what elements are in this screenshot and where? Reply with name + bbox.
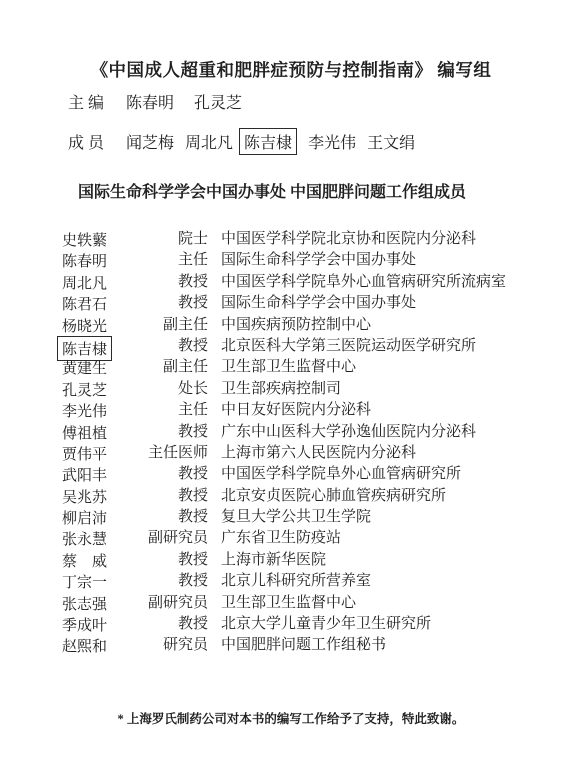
roster-name-cell: 贾伟平 bbox=[62, 443, 134, 466]
roster-affiliation: 中国医学科学院北京协和医院内分泌科 bbox=[208, 229, 572, 252]
roster-title: 副主任 bbox=[134, 357, 208, 380]
roster-title: 主任 bbox=[134, 400, 208, 423]
roster-name: 陈春明 bbox=[62, 250, 107, 271]
roster-affiliation: 卫生部疾病控制司 bbox=[208, 379, 572, 402]
roster-row: 李光伟主任中日友好医院内分泌科 bbox=[62, 400, 572, 421]
roster-row: 武阳丰教授中国医学科学院阜外心血管病研究所 bbox=[62, 464, 572, 485]
member-name: 王文绢 bbox=[367, 130, 415, 153]
roster-row: 傅祖植教授广东中山医科大学孙逸仙医院内分泌科 bbox=[62, 422, 572, 443]
roster-affiliation: 卫生部卫生监督中心 bbox=[208, 357, 572, 380]
roster-affiliation: 中国疾病预防控制中心 bbox=[208, 315, 572, 338]
roster-title: 主任 bbox=[134, 250, 208, 273]
chief-editors-list: 陈春明孔灵芝 bbox=[126, 90, 262, 113]
roster-name: 黄建生 bbox=[62, 357, 107, 378]
roster-row: 史轶蘩院士中国医学科学院北京协和医院内分泌科 bbox=[62, 229, 572, 250]
roster-row: 黄建生副主任卫生部卫生监督中心 bbox=[62, 357, 572, 378]
members-row: 成员 闻芝梅周北凡陈吉棣李光伟王文绢 bbox=[68, 128, 426, 155]
roster-title: 教授 bbox=[134, 550, 208, 573]
roster-name-cell: 陈君石 bbox=[62, 293, 134, 316]
roster-name-cell: 黄建生 bbox=[62, 357, 134, 380]
roster-title: 教授 bbox=[134, 464, 208, 487]
roster-name-cell: 孔灵芝 bbox=[62, 379, 134, 402]
roster-affiliation: 中国医学科学院阜外心血管病研究所 bbox=[208, 464, 572, 487]
roster-name: 丁宗一 bbox=[62, 571, 107, 592]
roster-affiliation: 中日友好医院内分泌科 bbox=[208, 400, 572, 423]
roster-affiliation: 上海市新华医院 bbox=[208, 550, 572, 573]
roster-title: 院士 bbox=[134, 229, 208, 252]
member-name: 陈吉棣 bbox=[239, 128, 297, 155]
roster-name: 季成叶 bbox=[62, 614, 107, 635]
roster-name-cell: 史轶蘩 bbox=[62, 229, 134, 252]
roster-row: 孔灵芝处长卫生部疾病控制司 bbox=[62, 379, 572, 400]
roster-affiliation: 北京儿科研究所营养室 bbox=[208, 571, 572, 594]
roster-title: 教授 bbox=[134, 507, 208, 530]
roster-affiliation: 广东中山医科大学孙逸仙医院内分泌科 bbox=[208, 422, 572, 445]
roster-name: 张志强 bbox=[62, 593, 107, 614]
roster-name-cell: 赵熙和 bbox=[62, 635, 134, 658]
document-page: 《中国成人超重和肥胖症预防与控制指南》 编写组 主编 陈春明孔灵芝 成员 闻芝梅… bbox=[0, 0, 582, 762]
roster-name: 蔡 威 bbox=[62, 550, 107, 571]
roster-title: 副研究员 bbox=[134, 593, 208, 616]
roster-name: 李光伟 bbox=[62, 400, 107, 421]
chief-editor-label: 主编 bbox=[68, 90, 108, 113]
members-list: 闻芝梅周北凡陈吉棣李光伟王文绢 bbox=[126, 128, 426, 155]
roster-name: 杨晓光 bbox=[62, 315, 107, 336]
roster-affiliation: 北京大学儿童青少年卫生研究所 bbox=[208, 614, 572, 637]
roster-affiliation: 北京安贞医院心肺血管疾病研究所 bbox=[208, 486, 572, 509]
roster-table: 史轶蘩院士中国医学科学院北京协和医院内分泌科陈春明主任国际生命科学学会中国办事处… bbox=[62, 229, 572, 657]
roster-name: 武阳丰 bbox=[62, 464, 107, 485]
roster-name-cell: 季成叶 bbox=[62, 614, 134, 637]
roster-name-cell: 丁宗一 bbox=[62, 571, 134, 594]
roster-title: 主任医师 bbox=[134, 443, 208, 466]
roster-name-cell: 杨晓光 bbox=[62, 315, 134, 338]
roster-affiliation: 复旦大学公共卫生学院 bbox=[208, 507, 572, 530]
roster-title: 副研究员 bbox=[134, 528, 208, 551]
member-name: 闻芝梅 bbox=[126, 130, 174, 153]
roster-title: 教授 bbox=[134, 486, 208, 509]
roster-affiliation: 广东省卫生防疫站 bbox=[208, 528, 572, 551]
members-label: 成员 bbox=[68, 130, 108, 153]
roster-row: 柳启沛教授复旦大学公共卫生学院 bbox=[62, 507, 572, 528]
member-name: 周北凡 bbox=[185, 130, 233, 153]
chief-editor-name: 陈春明 bbox=[126, 90, 174, 113]
roster-name-cell: 李光伟 bbox=[62, 400, 134, 423]
roster-name-cell: 周北凡 bbox=[62, 272, 134, 295]
roster-name: 吴兆苏 bbox=[62, 486, 107, 507]
roster-affiliation: 中国医学科学院阜外心血管病研究所流病室 bbox=[208, 272, 572, 295]
roster-row: 吴兆苏教授北京安贞医院心肺血管疾病研究所 bbox=[62, 486, 572, 507]
roster-title: 教授 bbox=[134, 272, 208, 295]
acknowledgement-footnote: * 上海罗氏制药公司对本书的编写工作给予了支持，特此致谢。 bbox=[0, 709, 582, 727]
roster-title: 副主任 bbox=[134, 315, 208, 338]
roster-row: 丁宗一教授北京儿科研究所营养室 bbox=[62, 571, 572, 592]
roster-row: 周北凡教授中国医学科学院阜外心血管病研究所流病室 bbox=[62, 272, 572, 293]
chief-editor-name: 孔灵芝 bbox=[194, 90, 242, 113]
roster-title: 教授 bbox=[134, 571, 208, 594]
roster-name: 张永慧 bbox=[62, 528, 107, 549]
roster-row: 张永慧副研究员广东省卫生防疫站 bbox=[62, 528, 572, 549]
roster-affiliation: 卫生部卫生监督中心 bbox=[208, 593, 572, 616]
roster-name-cell: 柳启沛 bbox=[62, 507, 134, 530]
book-title: 《中国成人超重和肥胖症预防与控制指南》 编写组 bbox=[0, 57, 582, 82]
roster-title: 教授 bbox=[134, 422, 208, 445]
roster-name-cell: 张永慧 bbox=[62, 528, 134, 551]
roster-name-cell: 傅祖植 bbox=[62, 422, 134, 445]
roster-row: 陈春明主任国际生命科学学会中国办事处 bbox=[62, 250, 572, 271]
roster-row: 陈君石教授国际生命科学学会中国办事处 bbox=[62, 293, 572, 314]
roster-row: 陈吉棣教授北京医科大学第三医院运动医学研究所 bbox=[62, 336, 572, 357]
roster-affiliation: 国际生命科学学会中国办事处 bbox=[208, 250, 572, 273]
roster-name: 傅祖植 bbox=[62, 422, 107, 443]
roster-affiliation: 上海市第六人民医院内分泌科 bbox=[208, 443, 572, 466]
roster-row: 季成叶教授北京大学儿童青少年卫生研究所 bbox=[62, 614, 572, 635]
roster-name-cell: 陈春明 bbox=[62, 250, 134, 273]
roster-name: 贾伟平 bbox=[62, 443, 107, 464]
roster-name: 孔灵芝 bbox=[62, 379, 107, 400]
roster-name: 史轶蘩 bbox=[62, 229, 107, 250]
member-name: 李光伟 bbox=[308, 130, 356, 153]
roster-name-cell: 蔡 威 bbox=[62, 550, 134, 573]
roster-row: 贾伟平主任医师上海市第六人民医院内分泌科 bbox=[62, 443, 572, 464]
roster-title: 教授 bbox=[134, 614, 208, 637]
roster-name-cell: 张志强 bbox=[62, 593, 134, 616]
roster-affiliation: 国际生命科学学会中国办事处 bbox=[208, 293, 572, 316]
roster-row: 蔡 威教授上海市新华医院 bbox=[62, 550, 572, 571]
roster-row: 赵熙和研究员中国肥胖问题工作组秘书 bbox=[62, 635, 572, 656]
chief-editors-row: 主编 陈春明孔灵芝 bbox=[68, 90, 262, 113]
roster-name: 赵熙和 bbox=[62, 635, 107, 656]
roster-name-cell: 武阳丰 bbox=[62, 464, 134, 487]
roster-title: 研究员 bbox=[134, 635, 208, 658]
roster-name-cell: 吴兆苏 bbox=[62, 486, 134, 509]
roster-name: 陈君石 bbox=[62, 293, 107, 314]
roster-row: 杨晓光副主任中国疾病预防控制中心 bbox=[62, 315, 572, 336]
roster-row: 张志强副研究员卫生部卫生监督中心 bbox=[62, 593, 572, 614]
roster-affiliation: 中国肥胖问题工作组秘书 bbox=[208, 635, 572, 658]
section-heading: 国际生命科学学会中国办事处 中国肥胖问题工作组成员 bbox=[78, 179, 466, 202]
roster-name: 柳启沛 bbox=[62, 507, 107, 528]
roster-title: 教授 bbox=[134, 293, 208, 316]
roster-name: 周北凡 bbox=[62, 272, 107, 293]
roster-title: 处长 bbox=[134, 379, 208, 402]
